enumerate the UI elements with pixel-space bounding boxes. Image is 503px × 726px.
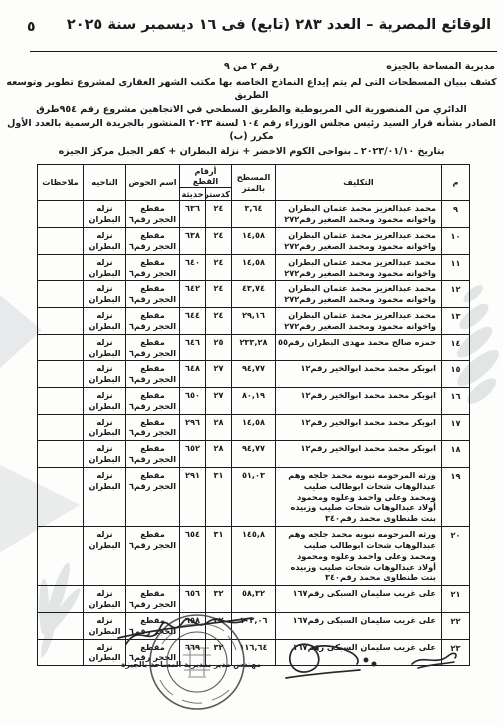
- table-cell: محمد عبدالعزيز محمد عثمان البطران واخوان…: [276, 254, 442, 281]
- table-cell: مقطع الحجر رقم٦: [126, 201, 180, 228]
- stamp-caption: مهندس مدير بمديرية المساحة بالجيزة: [112, 660, 270, 669]
- table-cell: حمزه صالح محمد مهدى البطران رقم٥٥: [276, 334, 442, 361]
- table-row: ٩محمد عبدالعزيز محمد عثمان البطران واخوا…: [38, 201, 470, 228]
- table-cell: ٢٥: [206, 334, 232, 361]
- table-row: ١٩ورثه المرحومه نبويه محمد جلجه وهم عبدا…: [38, 467, 470, 526]
- table-cell: مقطع الحجر رقم٦: [126, 254, 180, 281]
- table-cell: ٦٤٦: [180, 334, 206, 361]
- table-cell: ٢٤: [206, 228, 232, 255]
- col-cadastral: كدستر: [206, 188, 232, 201]
- table-cell: مقطع الحجر رقم٦: [126, 388, 180, 415]
- table-cell: ١٤٥,٨: [232, 527, 276, 586]
- table-cell: مقطع الحجر رقم٦: [126, 228, 180, 255]
- table-cell: مقطع الحجر رقم٦: [126, 281, 180, 308]
- table-cell: [38, 201, 84, 228]
- table-cell: محمد عبدالعزيز محمد عثمان البطران واخوان…: [276, 308, 442, 335]
- table-cell: نزله البطران: [84, 228, 126, 255]
- table-cell: ٦٣٦: [180, 201, 206, 228]
- table-cell: ٢٨: [206, 414, 232, 441]
- table-cell: [38, 414, 84, 441]
- table-cell: [38, 527, 84, 586]
- table-row: ١٧ابوبكر محمد محمد ابوالخير رقم١٢١٤,٥٨٢٨…: [38, 414, 470, 441]
- table-cell: ٢٩,١٦: [232, 308, 276, 335]
- masthead: الوقائع المصرية – العدد ٢٨٣ (تابع) فى ١٦…: [0, 0, 503, 47]
- table-cell: ٣,٦٤: [232, 201, 276, 228]
- table-cell: ١١: [442, 254, 470, 281]
- table-body: ٩محمد عبدالعزيز محمد عثمان البطران واخوا…: [38, 201, 470, 666]
- table-cell: ١٧: [442, 414, 470, 441]
- table-cell: ١٥: [442, 361, 470, 388]
- table-cell: [38, 361, 84, 388]
- table-cell: مقطع الحجر رقم٦: [126, 414, 180, 441]
- table-cell: ٦٤٤: [180, 308, 206, 335]
- survey-table: م التكليف المسطح بالمتر أرقام القطع اسم …: [37, 164, 470, 667]
- table-cell: ٢٤: [206, 201, 232, 228]
- table-cell: [38, 254, 84, 281]
- table-cell: ٩٤,٧٧: [232, 441, 276, 468]
- table-cell: ٥١,٠٣: [232, 467, 276, 526]
- table-cell: ٦٤٨: [180, 361, 206, 388]
- table-cell: ١٤,٥٨: [232, 228, 276, 255]
- col-basin: اسم الحوض: [126, 164, 180, 201]
- table-cell: نزله البطران: [84, 361, 126, 388]
- table-cell: نزله البطران: [84, 281, 126, 308]
- table-cell: ٦٤٠: [180, 254, 206, 281]
- table-cell: ٦٣٨: [180, 228, 206, 255]
- table-cell: نزله البطران: [84, 467, 126, 526]
- table-cell: ورثه المرحومه نبويه محمد جلجه وهم عبدالو…: [276, 527, 442, 586]
- table-cell: ١٣: [442, 308, 470, 335]
- table-cell: [38, 228, 84, 255]
- table-cell: ٢٧: [206, 361, 232, 388]
- table-cell: مقطع الحجر رقم٦: [126, 467, 180, 526]
- page-number: ٥: [27, 19, 36, 35]
- col-notes: ملاحظات: [38, 164, 84, 201]
- table-cell: ١٤: [442, 334, 470, 361]
- table-cell: ٢٠: [442, 527, 470, 586]
- col-assignment: التكليف: [276, 164, 442, 201]
- signature-middle: [286, 644, 376, 678]
- table-cell: ١٦: [442, 388, 470, 415]
- table-cell: ٣١: [206, 467, 232, 526]
- col-modern: حديثة: [180, 188, 206, 201]
- table-cell: [38, 388, 84, 415]
- masthead-divider: [30, 51, 497, 52]
- table-cell: ٢٨: [206, 441, 232, 468]
- table-cell: نزله البطران: [84, 308, 126, 335]
- table-cell: [38, 281, 84, 308]
- table-cell: محمد عبدالعزيز محمد عثمان البطران واخوان…: [276, 228, 442, 255]
- table-cell: مقطع الحجر رقم٦: [126, 308, 180, 335]
- table-cell: محمد عبدالعزيز محمد عثمان البطران واخوان…: [276, 281, 442, 308]
- table-cell: نزله البطران: [84, 334, 126, 361]
- table-cell: [38, 467, 84, 526]
- table-cell: ٩٤,٧٧: [232, 361, 276, 388]
- col-district: الناحيه: [84, 164, 126, 201]
- table-cell: ٦٤٢: [180, 281, 206, 308]
- table-row: ١٢محمد عبدالعزيز محمد عثمان البطران واخو…: [38, 281, 470, 308]
- table-cell: محمد عبدالعزيز محمد عثمان البطران واخوان…: [276, 201, 442, 228]
- table-cell: نزله البطران: [84, 201, 126, 228]
- table-cell: نزله البطران: [84, 388, 126, 415]
- table-row: ١٠محمد عبدالعزيز محمد عثمان البطران واخو…: [38, 228, 470, 255]
- table-cell: ٦٥٤: [180, 527, 206, 586]
- table-row: ٢٠ورثه المرحومه نبويه محمد جلجه وهم عبدا…: [38, 527, 470, 586]
- gazette-page: الوقائع المصرية – العدد ٢٨٣ (تابع) فى ١٦…: [0, 0, 503, 726]
- table-cell: نزله البطران: [84, 414, 126, 441]
- description-line: الدائري من المنصورية الي المريوطية والطر…: [0, 103, 503, 116]
- table-cell: ٢٩٦: [180, 414, 206, 441]
- table-cell: مقطع الحجر رقم٦: [126, 361, 180, 388]
- table-cell: ورثه المرحومه نبويه محمد جلجه وهم عبدالو…: [276, 467, 442, 526]
- table-row: ١٣محمد عبدالعزيز محمد عثمان البطران واخو…: [38, 308, 470, 335]
- table-cell: [38, 334, 84, 361]
- description-line: الصادر بشأنه قرار السيد رئيس مجلس الوزرا…: [0, 117, 503, 143]
- sheet-number: رقم ٢ من ٩: [0, 61, 503, 72]
- col-area: المسطح بالمتر: [232, 164, 276, 201]
- table-header: م التكليف المسطح بالمتر أرقام القطع اسم …: [38, 164, 470, 201]
- table-cell: ٢٤: [206, 254, 232, 281]
- table-cell: [38, 308, 84, 335]
- table-cell: ٩: [442, 201, 470, 228]
- description-line: كشف ببيان المسطحات التى لم يتم إيداع الن…: [0, 76, 503, 102]
- table-cell: ابوبكر محمد محمد ابوالخير رقم١٢: [276, 414, 442, 441]
- description-line: بتاريخ ٢٠٢٣/٠١/١٠ ـ بنواحى الكوم الاخضر …: [0, 145, 503, 158]
- table-cell: مقطع الحجر رقم٦: [126, 527, 180, 586]
- table-cell: [38, 441, 84, 468]
- table-cell: نزله البطران: [84, 441, 126, 468]
- gazette-title: الوقائع المصرية – العدد ٢٨٣ (تابع) فى ١٦…: [0, 17, 503, 33]
- table-cell: نزله البطران: [84, 527, 126, 586]
- signature-left: [412, 653, 456, 668]
- col-serial: م: [442, 164, 470, 201]
- table-row: ١٦ابوبكر محمد محمد ابوالخير رقم١٢٨٠,١٩٢٧…: [38, 388, 470, 415]
- table-cell: نزله البطران: [84, 254, 126, 281]
- table-cell: ٣١: [206, 527, 232, 586]
- table-row: ١٤حمزه صالح محمد مهدى البطران رقم٥٥٢٣٣,٢…: [38, 334, 470, 361]
- table-cell: ٢٤: [206, 308, 232, 335]
- table-cell: ٦٥٠: [180, 388, 206, 415]
- table-cell: ١٤,٥٨: [232, 254, 276, 281]
- table-row: ١١محمد عبدالعزيز محمد عثمان البطران واخو…: [38, 254, 470, 281]
- table-cell: ١٢: [442, 281, 470, 308]
- table-cell: ١٨: [442, 441, 470, 468]
- table-cell: ٢٩١: [180, 467, 206, 526]
- table-cell: ١٤,٥٨: [232, 414, 276, 441]
- col-plot-numbers: أرقام القطع: [180, 164, 232, 188]
- table-cell: ٢٤: [206, 281, 232, 308]
- table-cell: مقطع الحجر رقم٦: [126, 441, 180, 468]
- table-cell: ١٠: [442, 228, 470, 255]
- table-cell: ٨٠,١٩: [232, 388, 276, 415]
- table-cell: مقطع الحجر رقم٦: [126, 334, 180, 361]
- table-row: ١٥ابوبكر محمد محمد ابوالخير رقم١٢٩٤,٧٧٢٧…: [38, 361, 470, 388]
- table-cell: ١٩: [442, 467, 470, 526]
- table-cell: ابوبكر محمد محمد ابوالخير رقم١٢: [276, 361, 442, 388]
- table-cell: ٤٣,٧٤: [232, 281, 276, 308]
- table-cell: ٢٣٣,٢٨: [232, 334, 276, 361]
- table-cell: ابوبكر محمد محمد ابوالخير رقم١٢: [276, 388, 442, 415]
- table-row: ١٨ابوبكر محمد محمد ابوالخير رقم١٢٩٤,٧٧٢٨…: [38, 441, 470, 468]
- table-cell: ٦٥٢: [180, 441, 206, 468]
- table-cell: ٢٧: [206, 388, 232, 415]
- preamble: مديرية المساحة بالجيزه رقم ٢ من ٩ كشف بب…: [0, 61, 503, 158]
- table-cell: ابوبكر محمد محمد ابوالخير رقم١٢: [276, 441, 442, 468]
